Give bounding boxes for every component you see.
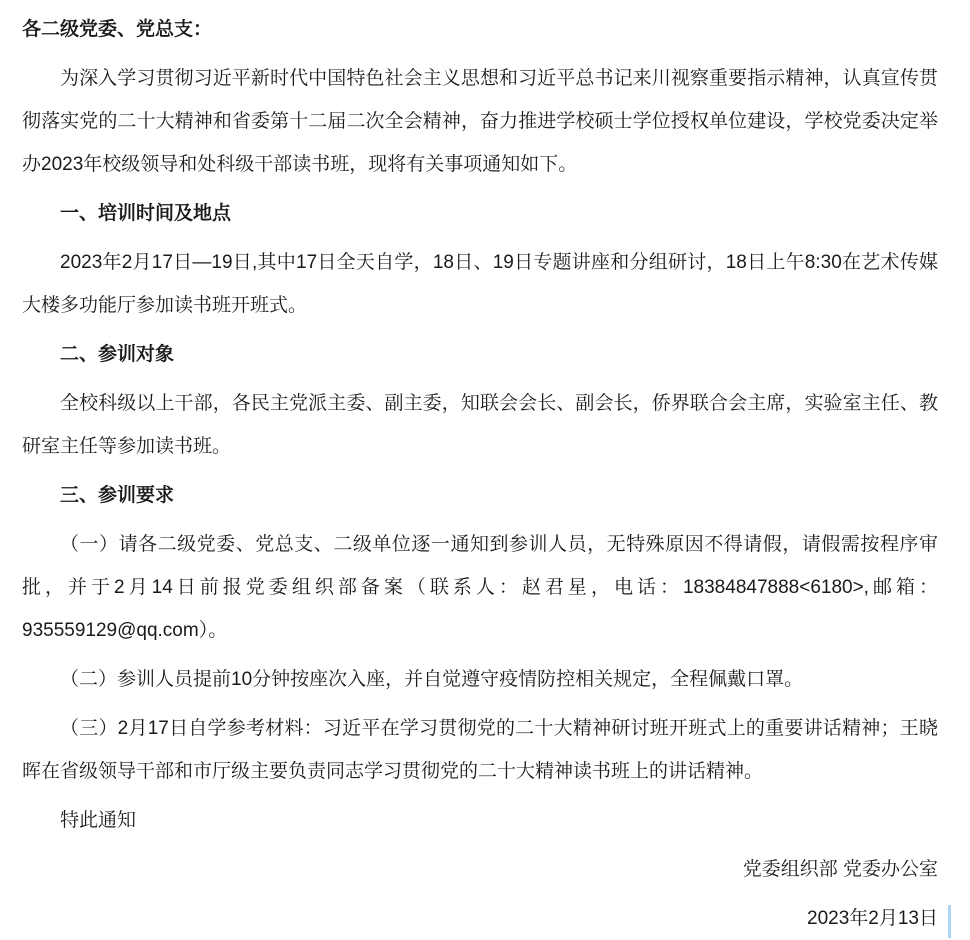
section-3-paragraph-1: （一）请各二级党委、党总支、二级单位逐一通知到参训人员，无特殊原因不得请假，请假… (22, 523, 938, 652)
signature-line: 党委组织部 党委办公室 (22, 848, 938, 891)
section-3-heading: 三、参训要求 (22, 474, 938, 517)
section-2-heading: 二、参训对象 (22, 333, 938, 376)
date-line: 2023年2月13日 (22, 897, 938, 940)
scrollbar-fragment (948, 905, 951, 938)
section-2-paragraph-1: 全校科级以上干部，各民主党派主委、副主委，知联会会长、副会长，侨界联合会主席，实… (22, 382, 938, 468)
notice-page: 各二级党委、党总支： 为深入学习贯彻习近平新时代中国特色社会主义思想和习近平总书… (0, 0, 970, 940)
section-1-paragraph-1: 2023年2月17日—19日,其中17日全天自学，18日、19日专题讲座和分组研… (22, 241, 938, 327)
section-1-heading: 一、培训时间及地点 (22, 192, 938, 235)
closing-line: 特此通知 (22, 799, 938, 842)
salutation: 各二级党委、党总支： (22, 8, 938, 51)
intro-paragraph: 为深入学习贯彻习近平新时代中国特色社会主义思想和习近平总书记来川视察重要指示精神… (22, 57, 938, 186)
section-3-paragraph-3: （三）2月17日自学参考材料：习近平在学习贯彻党的二十大精神研讨班开班式上的重要… (22, 707, 938, 793)
section-3-paragraph-2: （二）参训人员提前10分钟按座次入座，并自觉遵守疫情防控相关规定，全程佩戴口罩。 (22, 658, 938, 701)
